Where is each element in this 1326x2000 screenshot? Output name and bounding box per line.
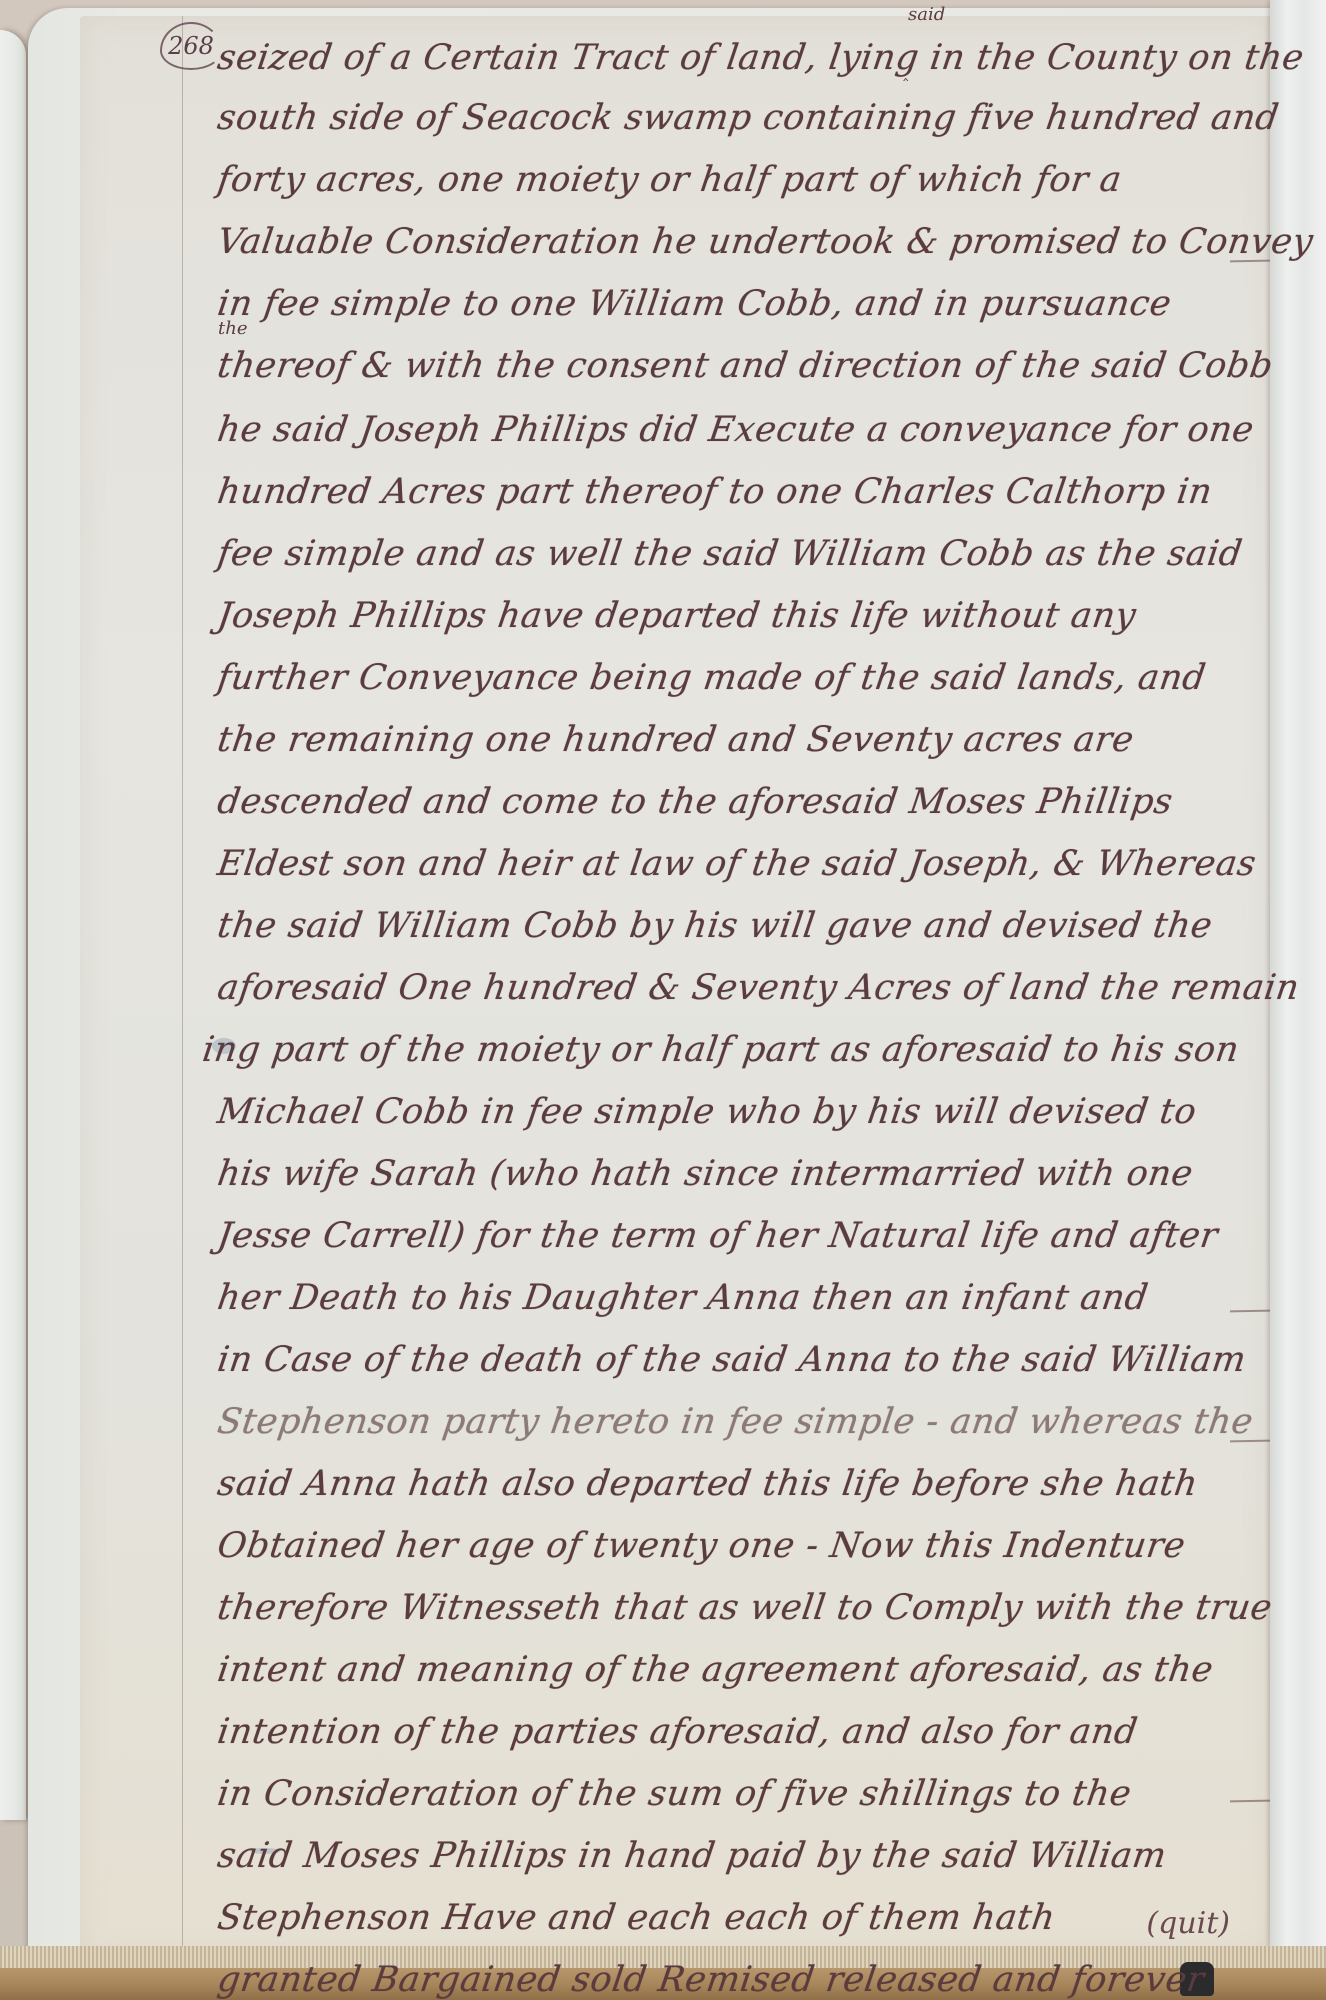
text-line: thereof & with the consent and direction…	[215, 346, 1301, 386]
text-line: said Anna hath also departed this life b…	[215, 1464, 1301, 1504]
text-line: fee simple and as well the said William …	[215, 534, 1301, 574]
text-line: the said William Cobb by his will gave a…	[215, 906, 1301, 946]
text-line: Michael Cobb in fee simple who by his wi…	[215, 1092, 1301, 1132]
text-line: Eldest son and heir at law of the said J…	[215, 844, 1301, 884]
text-line: aforesaid One hundred & Seventy Acres of…	[215, 968, 1301, 1008]
text-line: Stephenson party hereto in fee simple - …	[215, 1402, 1301, 1442]
text-line: therefore Witnesseth that as well to Com…	[215, 1588, 1301, 1628]
text-line: hundred Acres part thereof to one Charle…	[215, 472, 1301, 512]
text-line: ing part of the moiety or half part as a…	[200, 1030, 1286, 1070]
text-line: said Moses Phillips in hand paid by the …	[215, 1836, 1301, 1876]
text-line: in Case of the death of the said Anna to…	[215, 1340, 1301, 1380]
text-line: seized of a Certain Tract of land, lying…	[215, 38, 1301, 78]
text-line: intent and meaning of the agreement afor…	[215, 1650, 1301, 1690]
text-line: granted Bargained sold Remised released …	[215, 1960, 1301, 2000]
text-line: Obtained her age of twenty one - Now thi…	[215, 1526, 1301, 1566]
text-line: forty acres, one moiety or half part of …	[215, 160, 1301, 200]
text-line: Valuable Consideration he undertook & pr…	[215, 222, 1301, 262]
text-line: descended and come to the aforesaid Mose…	[215, 782, 1301, 822]
text-line: he said Joseph Phillips did Execute a co…	[215, 410, 1301, 450]
interlinear-insertion: said	[908, 4, 945, 25]
text-line: his wife Sarah (who hath since intermarr…	[215, 1154, 1301, 1194]
catchword: (quit)	[1146, 1906, 1230, 1941]
text-line: further Conveyance being made of the sai…	[215, 658, 1301, 698]
text-line: her Death to his Daughter Anna then an i…	[215, 1278, 1301, 1318]
text-line: Joseph Phillips have departed this life …	[215, 596, 1301, 636]
text-line: Stephenson Have and each each of them ha…	[215, 1898, 1301, 1938]
text-line: intention of the parties aforesaid, and …	[215, 1712, 1301, 1752]
text-line: south side of Seacock swamp containing f…	[215, 98, 1301, 138]
text-line: the remaining one hundred and Seventy ac…	[215, 720, 1301, 760]
text-line: in fee simple to one William Cobb, and i…	[215, 284, 1301, 324]
handwritten-text-block: said ‸ the seized of a Certain Tract of …	[0, 0, 1326, 2000]
text-line: Jesse Carrell) for the term of her Natur…	[215, 1216, 1301, 1256]
scanned-ledger-page: 268 said ‸ the seized of a Certain Tract…	[0, 0, 1326, 2000]
text-line: in Consideration of the sum of five shil…	[215, 1774, 1301, 1814]
